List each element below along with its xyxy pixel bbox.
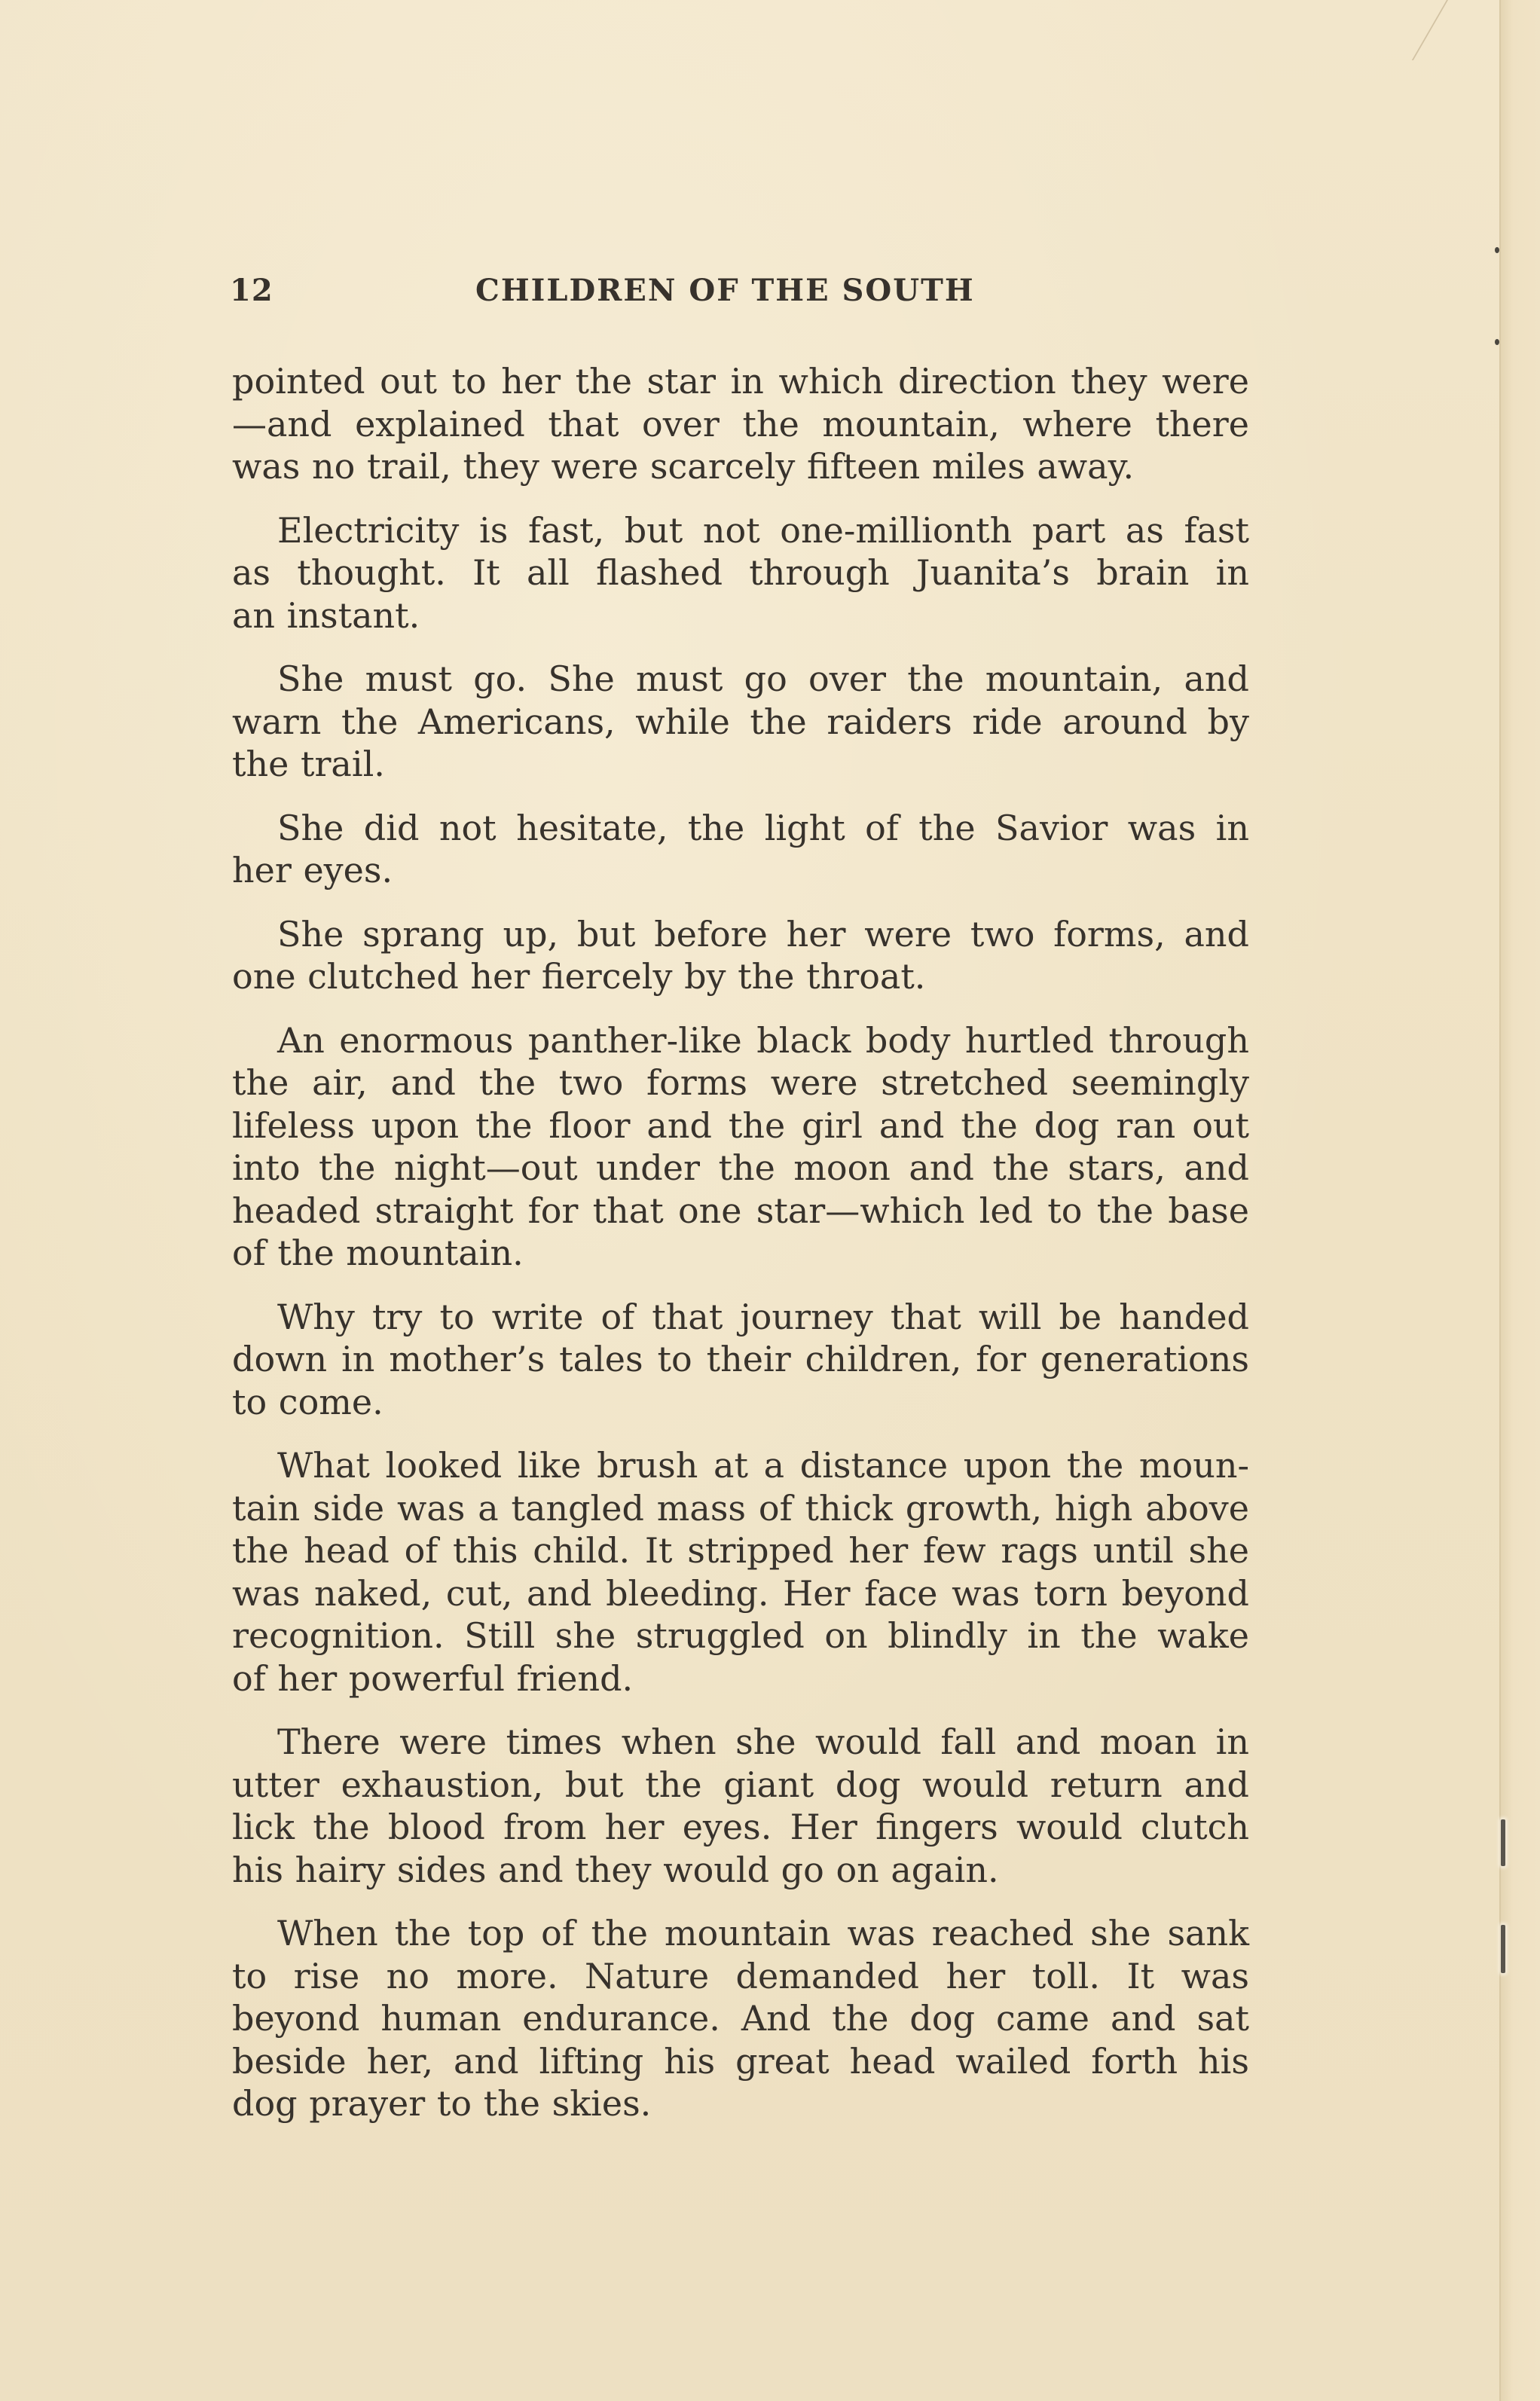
text-line: What looked like brush at a distance upo… [232,1444,1249,1487]
paragraph: There were times when she would fall and… [232,1721,1249,1891]
text-line: into the night—out under the moon and th… [232,1147,1249,1190]
paragraph: She must go. She must go over the mounta… [232,658,1249,786]
page-number: 12 [230,273,273,308]
text-line: She must go. She must go over the mounta… [232,658,1249,701]
text-line: tain side was a tangled mass of thick gr… [232,1487,1249,1530]
text-line: an instant. [232,594,1249,637]
text-line: There were times when she would fall and… [232,1721,1249,1764]
text-line: warn the Americans, while the raiders ri… [232,701,1249,744]
binding-staple-icon [1501,1819,1505,1866]
paragraph: When the top of the mountain was reached… [232,1912,1249,2125]
paragraph: She sprang up, but before her were two f… [232,913,1249,998]
text-line: as thought. It all flashed through Juani… [232,551,1249,594]
paragraph: Electricity is fast, but not one-million… [232,509,1249,637]
text-line: dog prayer to the skies. [232,2082,1249,2125]
text-line: her eyes. [232,849,1249,892]
text-line: lick the blood from her eyes. Her finger… [232,1806,1249,1849]
text-line: She sprang up, but before her were two f… [232,913,1249,956]
binding-hole-mark [1495,339,1499,345]
text-line: She did not hesitate, the light of the S… [232,807,1249,850]
paragraph: pointed out to her the star in which dir… [232,360,1249,488]
text-line: was naked, cut, and bleeding. Her face w… [232,1572,1249,1615]
text-line: beyond human endurance. And the dog came… [232,1997,1249,2040]
text-line: the head of this child. It stripped her … [232,1529,1249,1572]
text-line: his hairy sides and they would go on aga… [232,1849,1249,1892]
paragraph: An enormous panther-like black body hurt… [232,1019,1249,1275]
body-text: pointed out to her the star in which dir… [232,360,1249,2146]
text-line: the air, and the two forms were stretche… [232,1062,1249,1104]
next-page-edge [1499,0,1540,2401]
text-line: of her powerful friend. [232,1657,1249,1700]
running-head-title: CHILDREN OF THE SOUTH [475,273,975,308]
binding-hole-mark [1495,247,1499,253]
text-line: to come. [232,1381,1249,1424]
text-line: beside her, and lifting his great head w… [232,2040,1249,2083]
text-line: the trail. [232,743,1249,786]
text-line: lifeless upon the floor and the girl and… [232,1104,1249,1147]
text-line: to rise no more. Nature demanded her tol… [232,1955,1249,1998]
text-line: When the top of the mountain was reached… [232,1912,1249,1955]
text-line: Why try to write of that journey that wi… [232,1296,1249,1339]
paragraph: Why try to write of that journey that wi… [232,1296,1249,1424]
text-line: —and explained that over the mountain, w… [232,403,1249,446]
text-line: recognition. Still she struggled on blin… [232,1614,1249,1657]
text-line: one clutched her fiercely by the throat. [232,955,1249,998]
text-line: An enormous panther-like black body hurt… [232,1019,1249,1062]
running-header: 12 CHILDREN OF THE SOUTH [230,273,1247,318]
paragraph: What looked like brush at a distance upo… [232,1444,1249,1700]
text-line: pointed out to her the star in which dir… [232,360,1249,403]
binding-staple-icon [1501,1925,1505,1973]
text-line: utter exhaustion, but the giant dog woul… [232,1764,1249,1807]
text-line: of the mountain. [232,1232,1249,1275]
paragraph: She did not hesitate, the light of the S… [232,807,1249,892]
text-line: headed straight for that one star—which … [232,1190,1249,1233]
text-line: Electricity is fast, but not one-million… [232,509,1249,552]
text-line: was no trail, they were scarcely fifteen… [232,445,1249,488]
text-line: down in mother’s tales to their children… [232,1338,1249,1381]
